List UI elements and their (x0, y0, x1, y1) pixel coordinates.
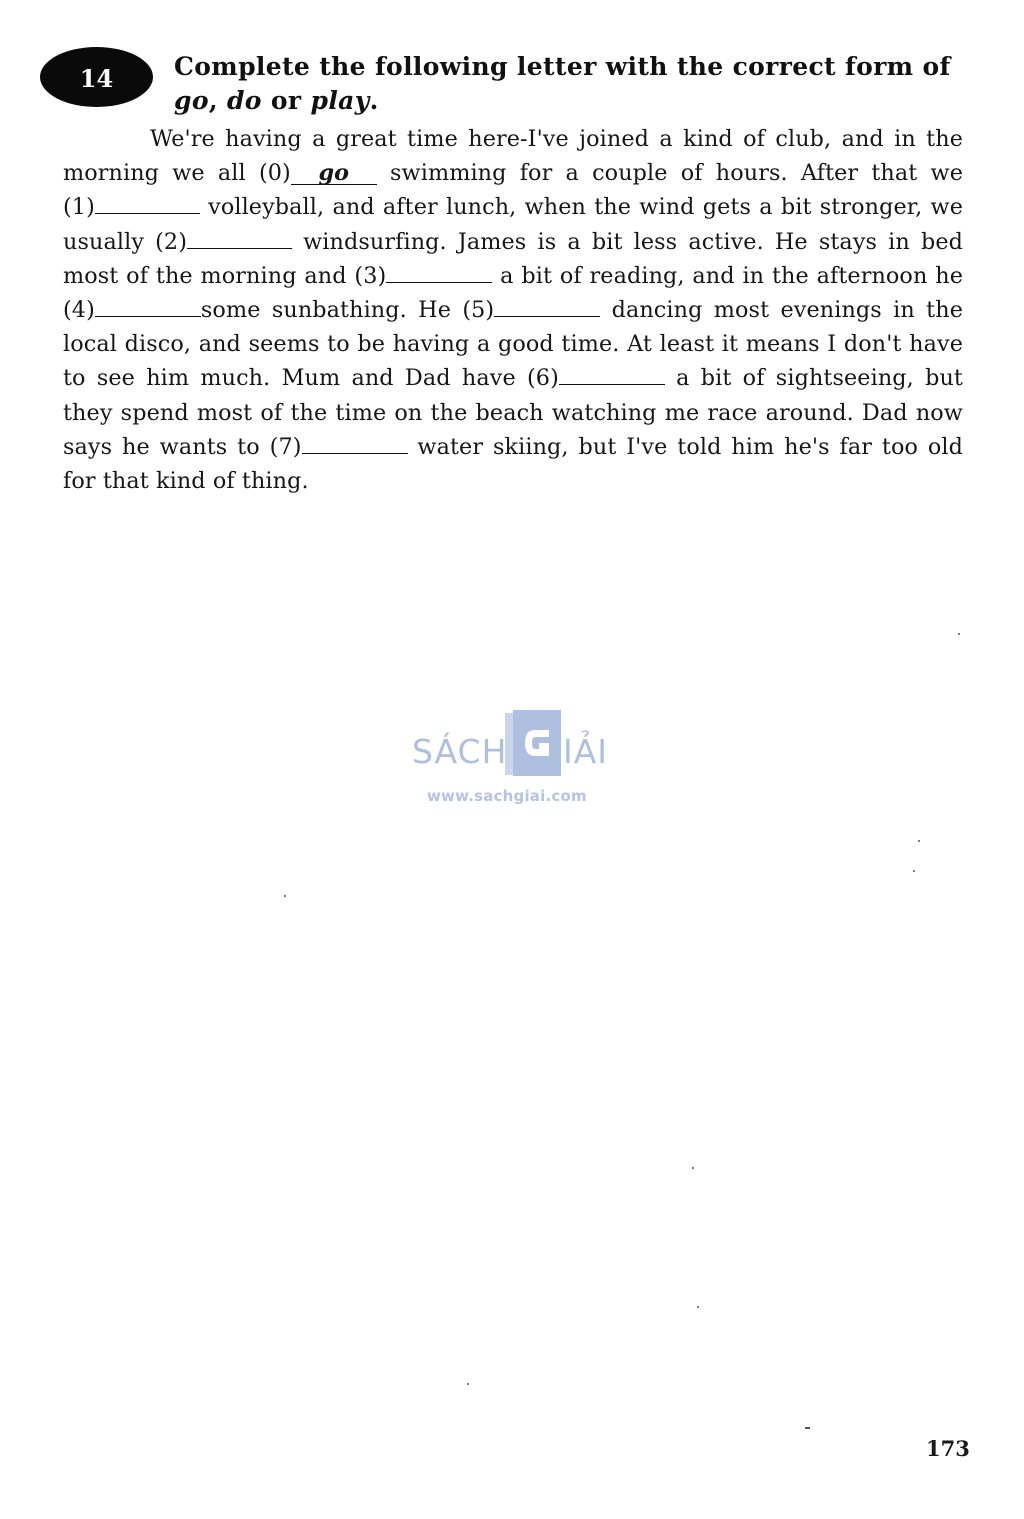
answer-blank-2[interactable] (187, 228, 292, 249)
letter-text: We're having a great time here-I've join… (63, 122, 963, 498)
scan-speck (958, 633, 960, 635)
scan-speck (692, 1167, 694, 1169)
separator: , (209, 86, 227, 115)
gap-label: (4) (63, 297, 95, 323)
instruction-text: Complete the following letter with the c… (174, 52, 951, 81)
letter-segment: some sunbathing. He (201, 297, 462, 323)
example-answer: go (291, 162, 377, 185)
scan-speck (467, 1383, 469, 1385)
page-number: 173 (926, 1436, 970, 1461)
gap-0: (0)go (259, 160, 377, 186)
scan-speck (697, 1306, 699, 1308)
exercise-instruction: Complete the following letter with the c… (174, 50, 974, 118)
watermark: SÁCH IẢI www.sachgiai.com (410, 710, 630, 810)
verb-go: go (174, 86, 209, 115)
verb-do: do (227, 86, 262, 115)
gap-label: (1) (63, 194, 95, 220)
gap-5[interactable]: (5) (462, 297, 600, 323)
watermark-url: www.sachgiai.com (427, 787, 587, 805)
scan-speck (284, 895, 286, 897)
exercise-number-badge: 14 (40, 47, 153, 107)
separator: or (262, 86, 311, 115)
answer-blank-4[interactable] (95, 296, 201, 317)
gap-label: (0) (259, 160, 291, 186)
letter-segment: swimming for a couple of hours. After th… (377, 160, 963, 186)
letter-paragraph: We're having a great time here-I've join… (63, 122, 963, 498)
letter-segment: a bit of reading, and in the afternoon h… (492, 263, 963, 289)
gap-6[interactable]: (6) (527, 365, 665, 391)
answer-blank-7[interactable] (302, 433, 408, 454)
answer-blank-3[interactable] (386, 262, 492, 283)
instruction-period: . (370, 86, 379, 115)
gap-label: (7) (270, 434, 302, 460)
gap-3[interactable]: (3) (354, 263, 492, 289)
scan-speck (913, 870, 915, 872)
book-logo-icon (505, 710, 563, 778)
verb-play: play (310, 86, 369, 115)
gap-2[interactable]: (2) (155, 229, 292, 255)
gap-7[interactable]: (7) (270, 434, 408, 460)
gap-label: (6) (527, 365, 559, 391)
scan-speck (918, 840, 920, 842)
answer-blank-1[interactable] (95, 193, 200, 214)
gap-label: (3) (354, 263, 386, 289)
gap-4[interactable]: (4) (63, 297, 201, 323)
scan-speck (805, 1427, 810, 1429)
gap-1[interactable]: (1) (63, 194, 200, 220)
exercise-number: 14 (80, 64, 113, 93)
watermark-brand-right: IẢI (563, 732, 608, 771)
gap-label: (5) (462, 297, 494, 323)
watermark-brand-left: SÁCH (412, 732, 507, 771)
answer-blank-5[interactable] (494, 296, 600, 317)
gap-label: (2) (155, 229, 187, 255)
answer-blank-6[interactable] (559, 364, 665, 385)
